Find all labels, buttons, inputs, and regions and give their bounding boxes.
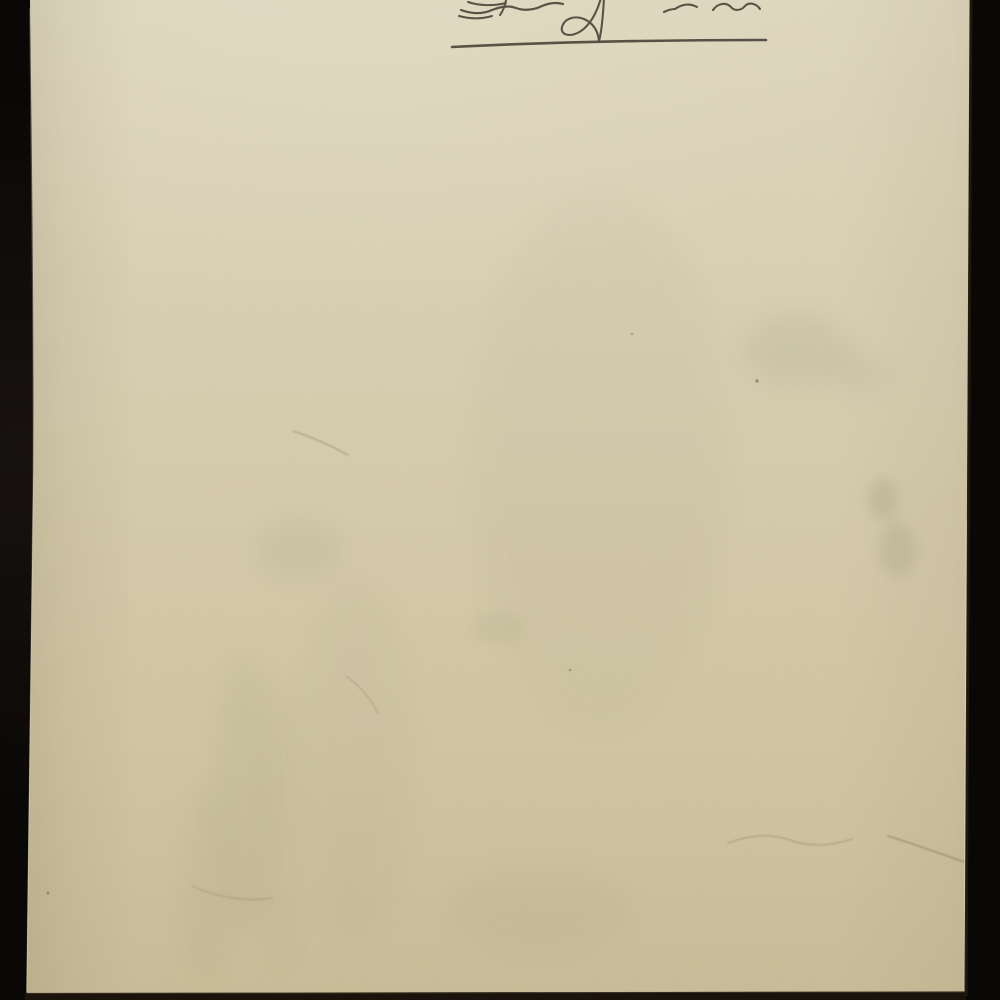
speck <box>569 669 572 672</box>
scanned-document-photo <box>0 0 1000 1000</box>
speck <box>631 333 633 335</box>
speck <box>755 379 758 382</box>
scuff-streak <box>264 670 300 970</box>
document-scan-canvas <box>0 0 1000 1000</box>
scuff-streak <box>185 780 229 980</box>
stain <box>879 522 915 576</box>
scuff-streak <box>295 580 415 940</box>
stain <box>256 522 344 578</box>
stain <box>450 865 630 955</box>
stain <box>869 478 897 520</box>
stain <box>828 352 888 396</box>
stain <box>470 190 730 730</box>
speck <box>47 892 50 895</box>
stain <box>470 612 526 644</box>
